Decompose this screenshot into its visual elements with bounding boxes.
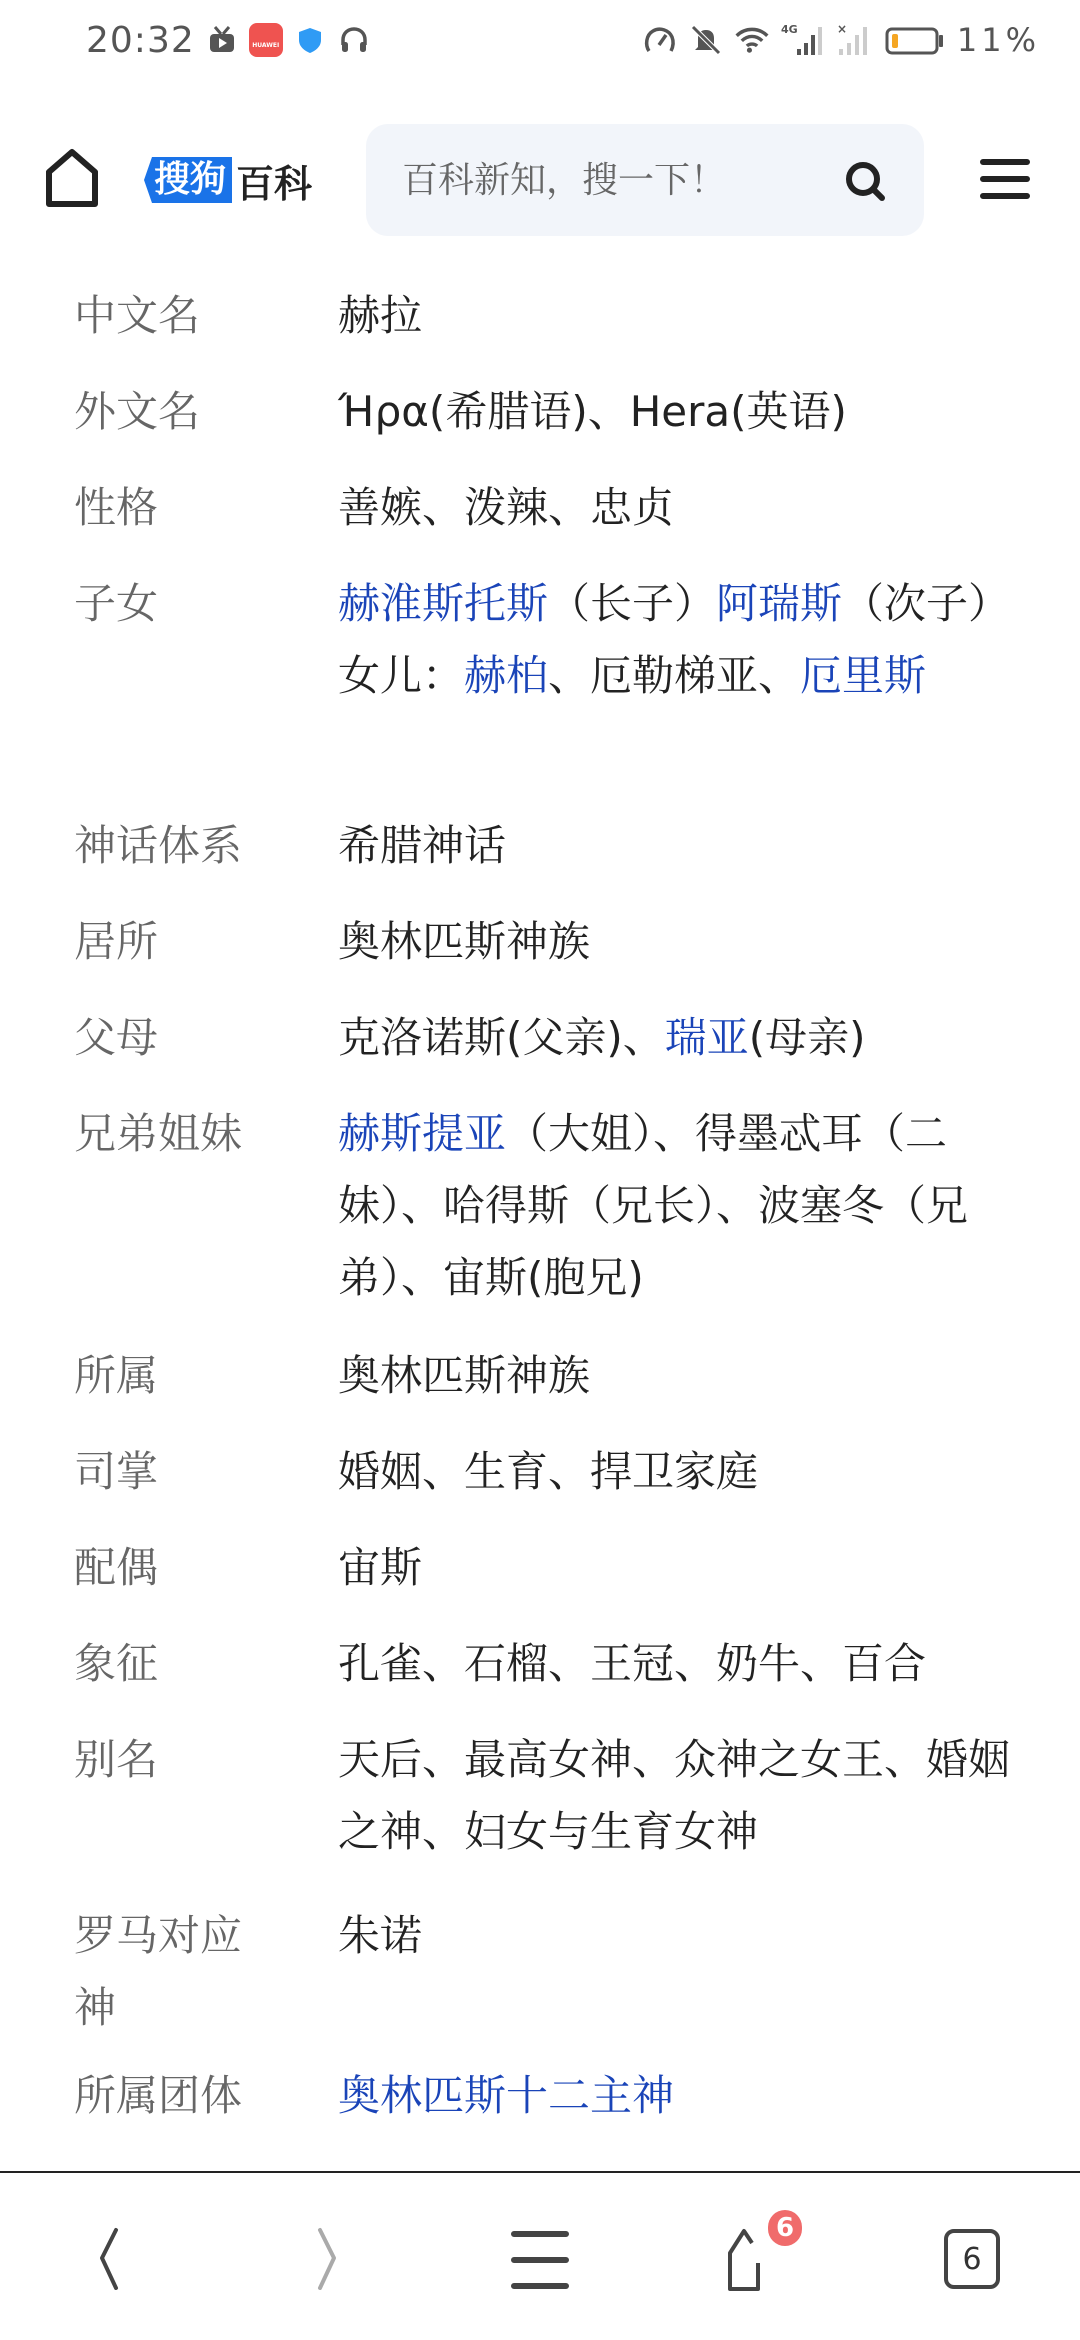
info-link[interactable]: 奥林匹斯十二主神 <box>338 2071 674 2120</box>
info-label: 罗马对应神 <box>74 1900 254 2044</box>
info-text: 克洛诺斯(父亲)、 <box>338 1013 665 1062</box>
headphones-icon <box>337 23 371 57</box>
bell-muted-icon <box>689 23 723 57</box>
info-label: 外文名 <box>74 376 264 448</box>
info-value: 孔雀、石榴、王冠、奶牛、百合 <box>338 1628 1018 1700</box>
info-value: 婚姻、生育、捍卫家庭 <box>338 1436 1018 1508</box>
info-label: 居所 <box>74 906 264 978</box>
hamburger-icon <box>980 158 1030 200</box>
info-text: Ήρα(希腊语)、Hera(英语) <box>338 387 847 436</box>
huawei-appgallery-icon: HUAWEI <box>249 23 283 57</box>
info-text: 宙斯 <box>338 1543 422 1592</box>
info-label: 所属 <box>74 1340 264 1412</box>
info-value: 赫拉 <box>338 280 1018 352</box>
info-label: 中文名 <box>74 280 264 352</box>
clock: 20:32 <box>86 20 195 61</box>
info-value: Ήρα(希腊语)、Hera(英语) <box>338 376 1018 448</box>
info-value: 希腊神话 <box>338 810 1018 882</box>
info-text: （长子） <box>548 579 716 628</box>
speedometer-icon <box>643 23 677 57</box>
info-label: 性格 <box>74 472 264 544</box>
search-button[interactable] <box>844 160 886 202</box>
logo-brand: 搜狗 <box>144 157 232 203</box>
info-text: 赫拉 <box>338 291 422 340</box>
info-value: 善嫉、泼辣、忠贞 <box>338 472 1018 544</box>
svg-text:×: × <box>837 23 847 36</box>
back-button[interactable] <box>66 2223 146 2293</box>
info-text: 奥林匹斯神族 <box>338 1351 590 1400</box>
home-button[interactable] <box>44 148 100 208</box>
info-value: 天后、最高女神、众神之女王、婚姻之神、妇女与生育女神 <box>338 1724 1018 1868</box>
info-label: 所属团体 <box>74 2060 264 2132</box>
info-link[interactable]: 厄里斯 <box>800 651 926 700</box>
search-icon <box>844 160 886 202</box>
info-label: 神话体系 <box>74 810 264 882</box>
signal-4g-icon: 4G <box>781 23 825 57</box>
logo-product: 百科 <box>236 153 312 208</box>
back-icon <box>86 2226 126 2290</box>
wifi-icon <box>735 23 769 57</box>
sogou-baike-logo[interactable]: 搜狗 百科 <box>144 157 312 203</box>
battery-percent: 11% <box>957 21 1040 59</box>
info-text: 奥林匹斯神族 <box>338 917 590 966</box>
info-value: 奥林匹斯神族 <box>338 906 1018 978</box>
info-label: 司掌 <box>74 1436 264 1508</box>
info-label: 别名 <box>74 1724 264 1796</box>
info-link[interactable]: 赫柏 <box>464 651 548 700</box>
info-value: 奥林匹斯十二主神 <box>338 2060 1018 2132</box>
info-value: 克洛诺斯(父亲)、瑞亚(母亲) <box>338 1002 1018 1074</box>
status-bar: 20:32 HUAWEI 4G × 11% <box>0 0 1080 80</box>
notification-badge: 6 <box>768 2210 802 2246</box>
tv-icon <box>205 23 239 57</box>
status-bar-right: 4G × 11% <box>643 18 1040 62</box>
info-text: 、厄勒梯亚、 <box>548 651 800 700</box>
info-text: 善嫉、泼辣、忠贞 <box>338 483 674 532</box>
signal-none-icon: × <box>837 23 873 57</box>
search-box <box>366 124 924 236</box>
info-link[interactable]: 阿瑞斯 <box>716 579 842 628</box>
info-text: 希腊神话 <box>338 821 506 870</box>
shield-icon <box>293 23 327 57</box>
info-value: 朱诺 <box>338 1900 1018 1972</box>
info-text: 朱诺 <box>338 1911 422 1960</box>
status-bar-left: 20:32 HUAWEI <box>86 18 371 62</box>
forward-button[interactable] <box>286 2223 366 2293</box>
info-text: 孔雀、石榴、王冠、奶牛、百合 <box>338 1639 926 1688</box>
bottom-nav: 6 6 <box>0 2173 1080 2340</box>
info-link[interactable]: 赫斯提亚 <box>338 1109 506 1158</box>
info-link[interactable]: 瑞亚 <box>665 1013 749 1062</box>
forward-icon <box>306 2226 346 2290</box>
hamburger-menu-button[interactable] <box>980 158 1030 200</box>
info-label: 兄弟姐妹 <box>74 1098 264 1170</box>
info-label: 父母 <box>74 1002 264 1074</box>
info-label: 子女 <box>74 568 264 640</box>
info-text: 天后、最高女神、众神之女王、婚姻之神、妇女与生育女神 <box>338 1735 1010 1856</box>
info-label: 象征 <box>74 1628 264 1700</box>
info-text: (母亲) <box>749 1013 866 1062</box>
tabs-button[interactable]: 6 <box>944 2229 1000 2289</box>
home-icon <box>44 148 100 208</box>
svg-text:4G: 4G <box>781 23 798 36</box>
search-input[interactable] <box>402 124 842 236</box>
header: 搜狗 百科 <box>0 122 1080 236</box>
info-value: 宙斯 <box>338 1532 1018 1604</box>
info-label: 配偶 <box>74 1532 264 1604</box>
info-value: 赫斯提亚（大姐）、得墨忒耳（二妹）、哈得斯（兄长）、波塞冬（兄弟）、宙斯(胞兄) <box>338 1098 1018 1314</box>
battery-icon <box>885 23 945 57</box>
menu-icon <box>510 2226 570 2290</box>
info-value: 奥林匹斯神族 <box>338 1340 1018 1412</box>
info-value: 赫淮斯托斯（长子）阿瑞斯（次子） 女儿：赫柏、厄勒梯亚、厄里斯 <box>338 568 1018 712</box>
menu-button[interactable] <box>500 2223 580 2293</box>
info-text: 婚姻、生育、捍卫家庭 <box>338 1447 758 1496</box>
info-link[interactable]: 赫淮斯托斯 <box>338 579 548 628</box>
